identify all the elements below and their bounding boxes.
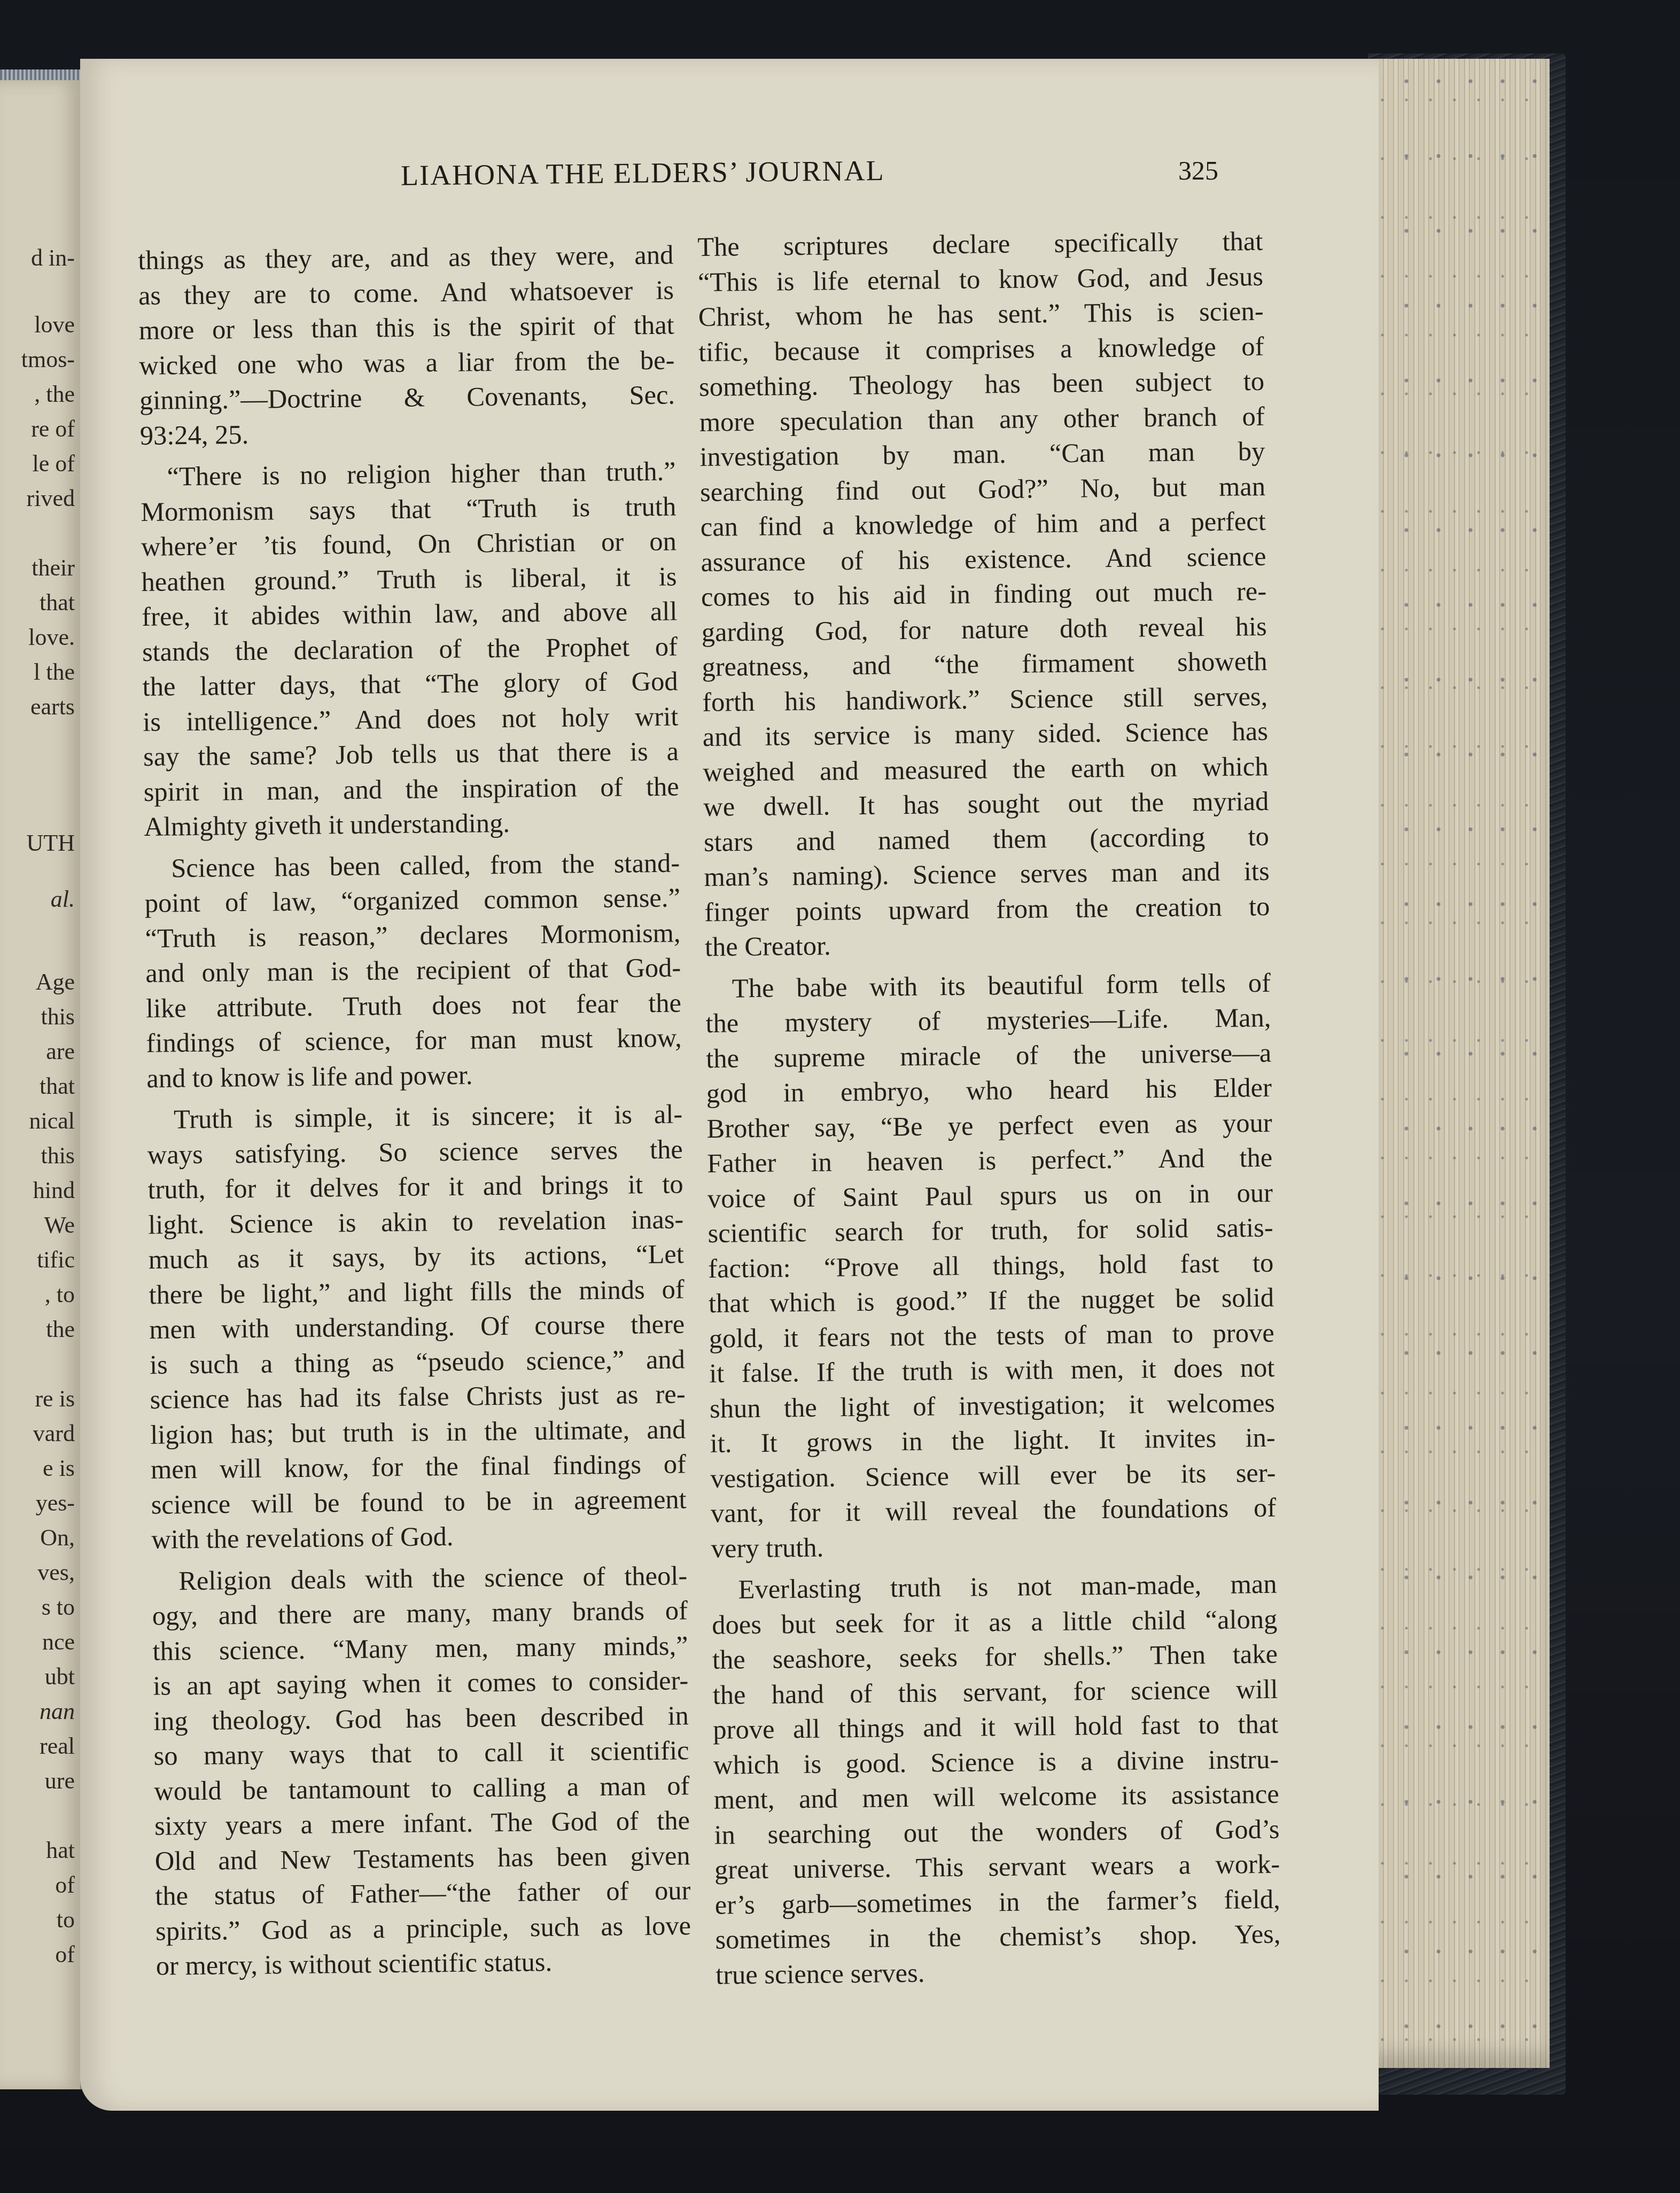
text-line: it false. If the truth is with men, it d… xyxy=(709,1350,1275,1391)
text-line: that which is good.” If the nugget be so… xyxy=(709,1280,1274,1321)
facing-page-text-fragment: love. xyxy=(0,620,75,655)
text-line: findings of science, for man must know, xyxy=(146,1020,682,1061)
text-line: great universe. This servant wears a wor… xyxy=(714,1847,1280,1888)
text-line: stars and named them (according to xyxy=(704,819,1270,860)
paragraph: The scriptures declare specifically that… xyxy=(697,224,1270,965)
text-line: is intelligence.” And does not holy writ xyxy=(143,699,679,740)
facing-page-text-fragment: re of xyxy=(0,411,75,446)
text-line: more speculation than any other branch o… xyxy=(699,399,1265,440)
text-line: comes to his aid in finding out much re- xyxy=(701,574,1267,615)
text-line: the status of Father—“the father of our xyxy=(155,1873,691,1914)
running-title: LIAHONA THE ELDERS’ JOURNAL xyxy=(401,153,952,192)
text-line: the mystery of mysteries—Life. Man, xyxy=(705,1000,1271,1041)
text-line: faction: “Prove all things, hold fast to xyxy=(708,1245,1274,1286)
text-line: much as it says, by its actions, “Let xyxy=(149,1237,685,1277)
facing-page-text-fragment: al. xyxy=(0,882,75,916)
text-line: Science has been called, from the stand- xyxy=(144,845,680,886)
facing-page-text-fragment: nical xyxy=(0,1103,75,1138)
text-line: the seashore, seeks for shells.” Then ta… xyxy=(712,1637,1278,1678)
facing-page-text-fragment: UTH xyxy=(0,826,75,860)
text-line: greatness, and “the firmament showeth xyxy=(702,644,1267,685)
paragraph: Science has been called, from the stand-… xyxy=(144,845,682,1096)
text-line: men will know, for the final findings of xyxy=(151,1447,687,1487)
text-line: Mormonism says that “Truth is truth xyxy=(141,489,676,530)
text-line: point of law, “organized common sense.” xyxy=(145,880,681,921)
facing-page-text-fragment: On, xyxy=(0,1520,75,1555)
facing-page-text-fragment: tific xyxy=(0,1242,75,1277)
text-line: which is good. Science is a divine instr… xyxy=(713,1741,1279,1783)
text-line: is such a thing as “pseudo science,” and xyxy=(150,1342,686,1382)
text-line: ways satisfying. So science serves the xyxy=(147,1132,683,1172)
text-line: searching find out God?” No, but man xyxy=(700,469,1266,510)
facing-page-text-fragment: earts xyxy=(0,689,75,724)
left-text-column: things as they are, and as they were, an… xyxy=(138,238,691,1984)
text-line: and its service is many sided. Science h… xyxy=(703,714,1269,755)
text-line: like attribute. Truth does not fear the xyxy=(146,985,682,1026)
text-line: the hand of this servant, for science wi… xyxy=(712,1671,1278,1713)
text-line: and only man is the recipient of that Go… xyxy=(145,950,681,991)
text-line: weighed and measured the earth on which xyxy=(703,749,1269,790)
text-line: it. It grows in the light. It invites in… xyxy=(710,1420,1275,1461)
text-line: investigation by man. “Can man by xyxy=(699,434,1265,475)
text-line: heathen ground.” Truth is liberal, it is xyxy=(141,559,677,600)
facing-page-text-fragment: tmos- xyxy=(0,342,75,377)
text-line: very truth. xyxy=(711,1525,1277,1566)
text-line: is an apt saying when it comes to consid… xyxy=(153,1663,689,1704)
facing-page-text-fragment: of xyxy=(0,1937,75,1972)
facing-page-text-fragment: e is xyxy=(0,1451,75,1486)
facing-page-text-fragment: d in- xyxy=(0,240,75,275)
text-line: ing theology. God has been described in xyxy=(153,1698,689,1739)
facing-page-text-fragment: rived xyxy=(0,481,75,516)
text-line: in searching out the wonders of God’s xyxy=(714,1811,1280,1853)
text-line: men with understanding. Of course there xyxy=(149,1307,685,1347)
text-line: would be tantamount to calling a man of xyxy=(154,1768,690,1809)
text-line: say the same? Job tells us that there is… xyxy=(143,734,679,774)
facing-page-text-fragment: hat xyxy=(0,1833,75,1868)
text-line: things as they are, and as they were, an… xyxy=(138,238,674,278)
text-line: where’er ’tis found, On Christian or on xyxy=(141,524,677,564)
text-line: “There is no religion higher than truth.… xyxy=(140,454,676,494)
text-line: Almighty giveth it understanding. xyxy=(144,804,680,844)
paragraph: Truth is simple, it is sincere; it is al… xyxy=(147,1096,687,1557)
text-line: “This is life eternal to know God, and J… xyxy=(698,259,1264,300)
text-line: Religion deals with the science of theol… xyxy=(152,1558,688,1599)
text-line: 93:24, 25. xyxy=(139,413,675,453)
facing-page-text-fragment: to xyxy=(0,1902,75,1937)
facing-page-text-fragment: l the xyxy=(0,655,75,689)
text-line: ginning.”—Doctrine & Covenants, Sec. xyxy=(139,377,675,418)
text-line: scientific search for truth, for solid s… xyxy=(707,1210,1273,1251)
text-line: Truth is simple, it is sincere; it is al… xyxy=(147,1096,683,1137)
text-line: vant, for it will reveal the foundations… xyxy=(711,1490,1277,1531)
text-line: Christ, whom he has sent.” This is scien… xyxy=(698,294,1264,335)
text-line: ment, and men will welcome its assistanc… xyxy=(713,1777,1279,1818)
text-line: true science serves. xyxy=(715,1951,1281,1993)
text-line: there be light,” and light fills the min… xyxy=(149,1272,685,1312)
facing-page-text-fragment: this xyxy=(0,999,75,1034)
facing-page-text-fragment: are xyxy=(0,1034,75,1069)
page-edges-stack xyxy=(1368,59,1550,2068)
text-line: we dwell. It has sought out the myriad xyxy=(703,784,1269,825)
text-line: sixty years a mere infant. The God of th… xyxy=(154,1803,690,1844)
right-text-column: The scriptures declare specifically that… xyxy=(697,224,1281,1993)
facing-page-text-fragment: hind xyxy=(0,1173,75,1208)
text-line: er’s garb—sometimes in the farmer’s fiel… xyxy=(714,1881,1280,1923)
page-number: 325 xyxy=(1178,155,1218,186)
text-line: god in embryo, who heard his Elder xyxy=(706,1070,1272,1111)
text-line: finger points upward from the creation t… xyxy=(704,889,1270,930)
facing-page-text-fragment: , the xyxy=(0,377,75,411)
paragraph: The babe with its beautiful form tells o… xyxy=(705,965,1277,1566)
facing-page-text-fragment: love xyxy=(0,307,75,342)
text-line: ligion has; but truth is in the ultimate… xyxy=(150,1412,686,1452)
text-line: science has had its false Christs just a… xyxy=(150,1377,686,1417)
facing-page-text-fragment: Age xyxy=(0,965,75,999)
text-line: gold, it fears not the tests of man to p… xyxy=(709,1315,1274,1356)
paragraph: Everlasting truth is not man-made, mando… xyxy=(711,1567,1281,1993)
paragraph: “There is no religion higher than truth.… xyxy=(140,454,679,844)
text-line: as they are to come. And whatsoever is xyxy=(138,273,674,313)
text-line: The scriptures declare specifically that xyxy=(697,224,1263,265)
facing-page-text-fragment: We xyxy=(0,1208,75,1242)
text-line: ogy, and there are many, many brands of xyxy=(152,1593,688,1634)
facing-page-text-fragment: ves, xyxy=(0,1555,75,1590)
paragraph: Religion deals with the science of theol… xyxy=(152,1558,691,1984)
text-line: garding God, for nature doth reveal his xyxy=(702,609,1267,650)
facing-page-text-fragment: nce xyxy=(0,1624,75,1659)
text-line: truth, for it delves for it and brings i… xyxy=(147,1167,683,1207)
text-line: spirits.” God as a principle, such as lo… xyxy=(155,1908,691,1949)
text-line: does but seek for it as a little child “… xyxy=(712,1601,1278,1643)
text-line: “Truth is reason,” declares Mormonism, xyxy=(145,915,681,956)
text-line: light. Science is akin to revelation ina… xyxy=(148,1202,684,1242)
text-line: sometimes in the chemist’s shop. Yes, xyxy=(715,1917,1281,1958)
text-line: man’s naming). Science serves man and it… xyxy=(704,854,1270,895)
text-line: voice of Saint Paul spurs us on in our xyxy=(707,1175,1273,1216)
text-line: forth his handiwork.” Science still serv… xyxy=(702,679,1268,720)
text-line: The babe with its beautiful form tells o… xyxy=(705,965,1271,1006)
facing-page-text-fragment: ure xyxy=(0,1763,75,1798)
text-line: tific, because it comprises a knowledge … xyxy=(698,329,1264,370)
text-line: more or less than this is the spirit of … xyxy=(138,308,674,348)
text-line: assurance of his existence. And science xyxy=(701,539,1266,580)
facing-page-text-fragment: their xyxy=(0,550,75,585)
text-line: this science. “Many men, many minds,” xyxy=(152,1628,688,1669)
facing-page-text-fragment: that xyxy=(0,1069,75,1103)
facing-page-text-fragment: of xyxy=(0,1868,75,1902)
facing-page-text-fragment: this xyxy=(0,1138,75,1173)
text-line: science will be found to be in agreement xyxy=(151,1482,687,1522)
text-line: Brother say, “Be ye perfect even as your xyxy=(706,1105,1272,1146)
facing-page-text-fragment: s to xyxy=(0,1590,75,1624)
text-line: stands the declaration of the Prophet of xyxy=(142,629,678,670)
text-line: something. Theology has been subject to xyxy=(699,364,1265,405)
text-line: the latter days, that “The glory of God xyxy=(142,664,678,704)
text-line: the Creator. xyxy=(705,924,1271,965)
text-line: shun the light of investigation; it welc… xyxy=(710,1385,1275,1426)
facing-page-text-fragment: ubt xyxy=(0,1659,75,1694)
text-line: Father in heaven is perfect.” And the xyxy=(707,1140,1273,1181)
text-line: spirit in man, and the inspiration of th… xyxy=(143,769,679,810)
text-line: wicked one who was a liar from the be- xyxy=(139,343,675,383)
text-line: or mercy, is without scientific status. xyxy=(155,1943,691,1984)
facing-page-text-fragment: re is xyxy=(0,1381,75,1416)
text-line: so many ways that to call it scientific xyxy=(153,1733,689,1774)
text-line: Everlasting truth is not man-made, man xyxy=(711,1567,1277,1608)
paragraph: things as they are, and as they were, an… xyxy=(138,238,675,453)
facing-page-text-fragment: nan xyxy=(0,1694,75,1729)
facing-page-text-fragment: the xyxy=(0,1312,75,1347)
facing-page-text-fragment: yes- xyxy=(0,1486,75,1520)
text-line: with the revelations of God. xyxy=(151,1517,687,1557)
facing-page-text-fragment: real xyxy=(0,1729,75,1763)
text-line: prove all things and it will hold fast t… xyxy=(713,1707,1279,1748)
text-line: free, it abides within law, and above al… xyxy=(142,594,678,634)
text-line: the supreme miracle of the universe—a xyxy=(706,1035,1272,1076)
text-line: vestigation. Science will ever be its se… xyxy=(710,1455,1276,1496)
facing-page-text-fragment: that xyxy=(0,585,75,620)
text-line: and to know is life and power. xyxy=(146,1055,682,1096)
facing-page-text-fragment: vard xyxy=(0,1416,75,1451)
text-line: can find a knowledge of him and a perfec… xyxy=(700,504,1266,545)
facing-page-text-fragment: , to xyxy=(0,1277,75,1312)
text-line: Old and New Testaments has been given xyxy=(154,1838,690,1879)
facing-page-text-fragment: le of xyxy=(0,446,75,481)
